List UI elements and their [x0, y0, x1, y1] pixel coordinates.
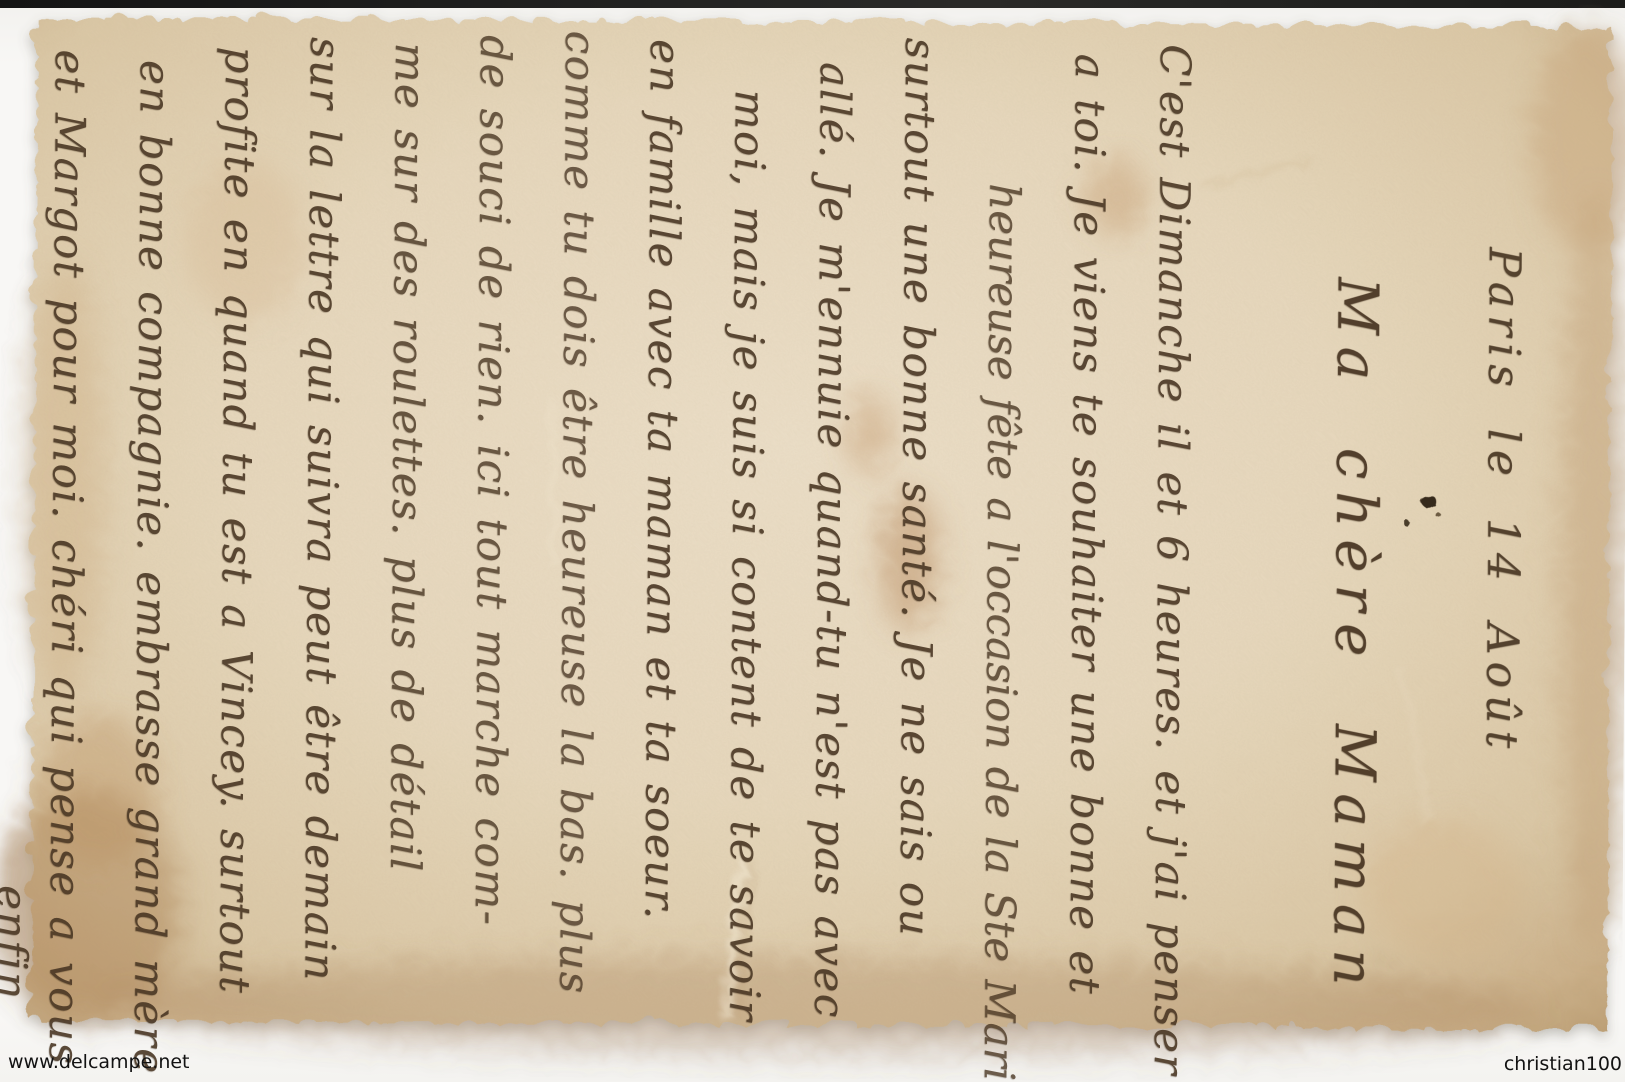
delcampe-watermark: www.delcampe.net — [8, 1051, 190, 1073]
handwritten-line: C'est Dimanche il et 6 heures. et j'ai p… — [1127, 14, 1218, 1025]
handwritten-line: enfin — [0, 7, 60, 1018]
handwritten-line: me sur des roulettes. plus de détail — [362, 9, 453, 1020]
handwritten-line: en bonne compagnie. embrasse grand mère — [107, 8, 198, 1019]
scanned-postcard-photo: Paris le 14 Août Ma chère Maman C'est Di… — [0, 0, 1625, 1082]
handwritten-line: de souci de rien. ici tout marche com- — [447, 10, 538, 1021]
handwritten-line: moi, mais je suis si content de te savoi… — [702, 11, 793, 1022]
postcard-body: C'est Dimanche il et 6 heures. et j'ai p… — [0, 7, 1218, 1025]
handwritten-line: heureuse fête a l'occasion de la Ste Mar… — [957, 13, 1048, 1024]
seller-watermark: christian100 — [1504, 1053, 1622, 1075]
handwritten-line: en famille avec ta maman et ta soeur. — [617, 11, 708, 1022]
postcard: Paris le 14 Août Ma chère Maman C'est Di… — [0, 0, 1625, 1082]
handwritten-line: allé. Je m'ennuie quand-tu n'est pas ave… — [787, 12, 878, 1023]
handwritten-line: a toi. Je viens te souhaiter une bonne e… — [1042, 13, 1133, 1024]
postcard-salutation: Ma chère Maman — [1299, 277, 1390, 1068]
handwritten-line: surtout une bonne santé. Je ne sais ou — [872, 12, 963, 1023]
postcard-dateline: Paris le 14 Août — [1455, 247, 1530, 1027]
handwritten-line: sur la lettre qui suivra peut être demai… — [277, 9, 368, 1020]
handwritten-line: profite en quand tu est a Vincey. surtou… — [192, 8, 283, 1019]
handwritten-line: comme tu dois être heureuse la bas. plus — [532, 10, 623, 1021]
